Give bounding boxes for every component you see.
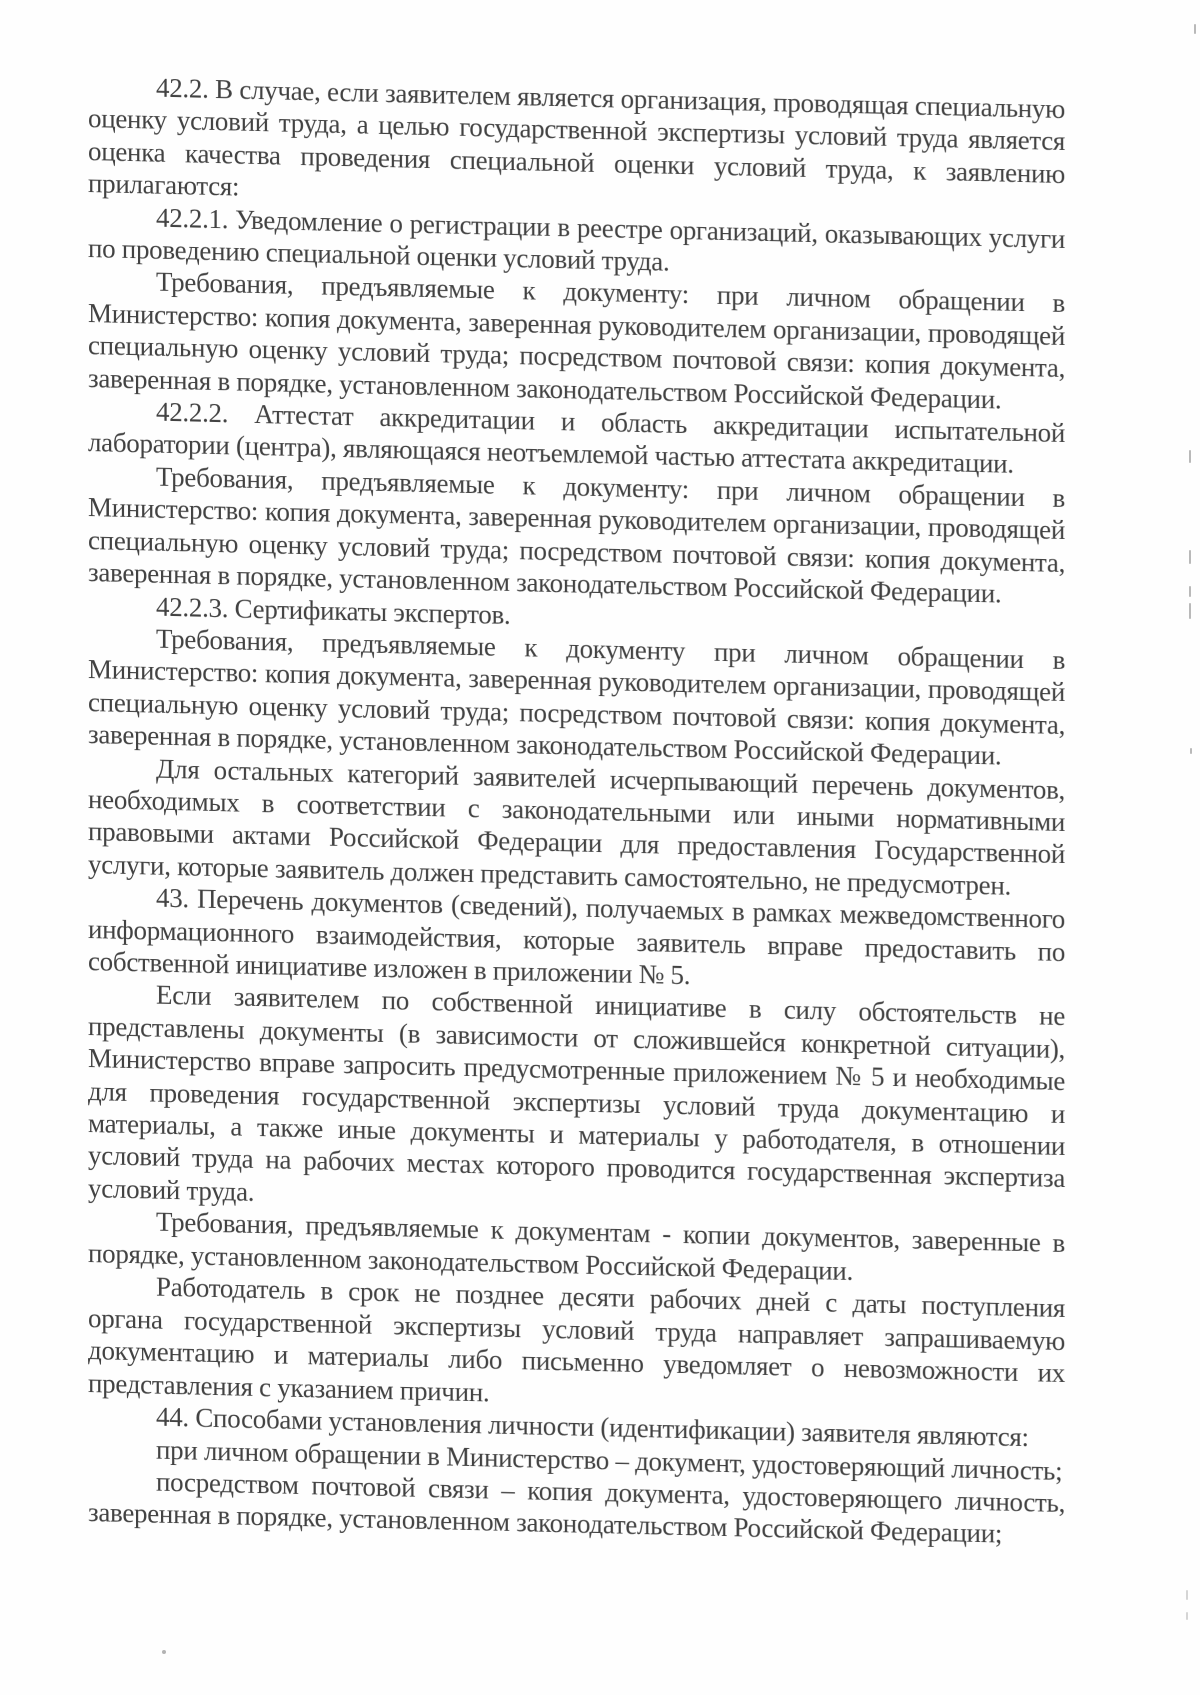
- document-text: 42.2. В случае, если заявителем является…: [88, 70, 1065, 1552]
- ink-dot: [162, 1650, 166, 1654]
- scanned-document-page: { "colors": { "background": "#fefefe", "…: [0, 0, 1200, 1695]
- scan-artifact: [1189, 603, 1191, 619]
- scan-artifact: [1189, 550, 1191, 564]
- scan-background: 42.2. В случае, если заявителем является…: [0, 0, 1200, 1695]
- scan-artifact: [1189, 450, 1191, 463]
- scan-artifact: [1189, 586, 1191, 597]
- scan-artifact: [1186, 1612, 1188, 1620]
- scan-artifact: [1190, 748, 1192, 754]
- scan-artifact: [1186, 1590, 1188, 1600]
- scan-artifact: [1194, 24, 1196, 34]
